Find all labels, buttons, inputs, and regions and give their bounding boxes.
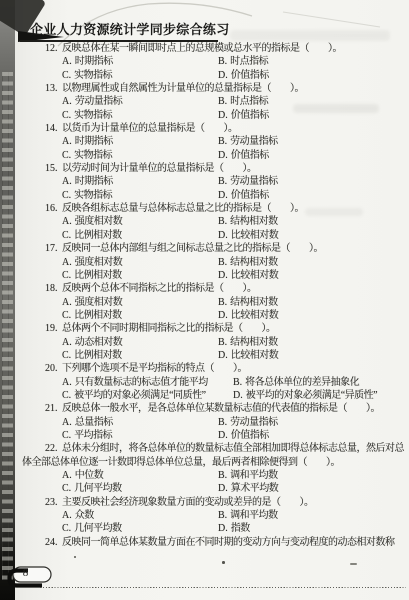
option: D.价值指标: [218, 109, 269, 123]
option-row: C.被平均的对象必须满足“同质性”D.被平均的对象必须满足“异质性”: [0, 389, 409, 402]
question-stem-line: 24.反映同一简单总体某数量方面在不同时期的变动方向与变动程度的动态相对数称: [0, 536, 409, 549]
question-stem-line: 15.以劳动时间为计量单位的总量指标是（ ）。: [0, 162, 409, 175]
option-label: C.: [62, 70, 71, 81]
option: B.时点指标: [218, 95, 268, 109]
option-row: A.强度相对数B.结构相对数: [0, 256, 409, 269]
option-label: B.: [218, 56, 227, 67]
question-text: 反映两个总体不同指标之比的指标是（ ）。: [62, 283, 257, 294]
option: D.价值指标: [218, 149, 269, 163]
option-text: 时期指标: [75, 176, 113, 187]
question-text: 反映同一总体内部组与组之间标志总量之比的指标是（ ）。: [62, 243, 323, 254]
option: D.比较相对数: [218, 349, 278, 363]
option: D.价值指标: [218, 69, 269, 83]
option-text: 几何平均数: [74, 483, 122, 494]
option-label: D.: [218, 70, 228, 81]
option: D.算术平均数: [218, 482, 278, 496]
question-stem-line: 12.反映总体在某一瞬间即时点上的总规模或总水平的指标是（ ）。: [0, 42, 409, 55]
option-text: 强度相对数: [75, 257, 123, 268]
option-text: 比较相对数: [231, 230, 279, 241]
question-text: 以货币为计量单位的总量指标是（ ）。: [62, 123, 238, 134]
question-number: 15.: [45, 162, 62, 176]
option-label: B.: [218, 510, 227, 521]
option-text: 强度相对数: [75, 297, 123, 308]
scan-speck: [350, 563, 357, 565]
option-text: 结构相对数: [230, 297, 278, 308]
scan-speck: [74, 556, 76, 558]
question-text: 反映同一简单总体某数量方面在不同时期的变动方向与变动程度的动态相对数称: [62, 537, 395, 548]
question-number: 14.: [45, 122, 62, 136]
question-number: 13.: [45, 82, 62, 96]
option: C.比例相对数: [62, 270, 122, 281]
question-number: 12.: [45, 42, 62, 56]
option-label: C.: [62, 390, 71, 401]
option-label: C.: [62, 190, 71, 201]
option-label: C.: [62, 483, 71, 494]
question-text: 反映总体在某一瞬间即时点上的总规模或总水平的指标是（ ）。: [62, 43, 342, 54]
option: D.比较相对数: [218, 229, 278, 243]
option: C.实物指标: [62, 150, 112, 161]
option: D.比较相对数: [218, 269, 278, 283]
question-item: 15.以劳动时间为计量单位的总量指标是（ ）。A.时期指标B.劳动量指标C.实物…: [0, 162, 409, 202]
option-row: A.众数B.调和平均数: [0, 509, 409, 522]
option: B.劳动量指标: [218, 135, 278, 149]
question-number: 20.: [45, 362, 62, 376]
question-text: 以劳动时间为计量单位的总量指标是（ ）。: [62, 163, 257, 174]
question-item: 14.以货币为计量单位的总量指标是（ ）。A.时期指标B.劳动量指标C.实物指标…: [0, 122, 409, 162]
page-title: 企业人力资源统计学同步综合练习: [30, 19, 230, 38]
option-row: C.平均指标D.价值指标: [0, 429, 409, 442]
option-label: C.: [62, 150, 71, 161]
option: B.调和平均数: [218, 469, 278, 483]
option-label: D.: [218, 230, 228, 241]
option-label: A.: [62, 417, 72, 428]
question-list: 12.反映总体在某一瞬间即时点上的总规模或总水平的指标是（ ）。A.时期指标B.…: [0, 42, 409, 549]
question-stem-line: 13.以物理属性或自然属性为计量单位的总量指标是（ ）。: [0, 82, 409, 95]
option: C.被平均的对象必须满足“同质性”: [62, 390, 206, 401]
option-label: D.: [218, 310, 228, 321]
option-row: C.实物指标D.价值指标: [0, 109, 409, 122]
option-label: C.: [62, 523, 71, 534]
option: C.实物指标: [62, 190, 112, 201]
question-item: 23.主要反映社会经济现象数量方面的变动或差异的是（ ）。A.众数B.调和平均数…: [0, 496, 409, 536]
option-row: A.劳动量指标B.时点指标: [0, 95, 409, 108]
option-text: 劳动量指标: [230, 176, 278, 187]
option: B.结构相对数: [218, 256, 278, 270]
option-label: B.: [218, 337, 227, 348]
option-text: 指数: [231, 523, 250, 534]
question-item: 22.总体未分组时，将各总体单位的数量标志值全部相加即得总体标志总量，然后对总体…: [0, 442, 409, 495]
option-text: 比例相对数: [74, 350, 122, 361]
option-row: C.比例相对数D.比较相对数: [0, 309, 409, 322]
option: D.比较相对数: [218, 309, 278, 323]
question-stem-line: 16.反映各组标志总量与总体标志总量之比的指标是（ ）。: [0, 202, 409, 215]
question-stem-line: 21.反映总体一般水平，是各总体单位某数量标志值的代表值的指标是（ ）。: [0, 402, 409, 415]
option-text: 比较相对数: [231, 310, 279, 321]
option-text: 实物指标: [74, 190, 112, 201]
option-label: A.: [62, 257, 72, 268]
question-item: 17.反映同一总体内部组与组之间标志总量之比的指标是（ ）。A.强度相对数B.结…: [0, 242, 409, 282]
question-number: 22.: [45, 442, 62, 456]
option-text: 时期指标: [75, 56, 113, 67]
option: D.指数: [218, 522, 250, 536]
option-label: B.: [218, 257, 227, 268]
question-number: 18.: [45, 282, 62, 296]
option-label: D.: [218, 430, 228, 441]
option-text: 时点指标: [230, 56, 268, 67]
option-label: B.: [218, 417, 227, 428]
option-label: B.: [218, 136, 227, 147]
option-row: C.几何平均数D.算术平均数: [0, 482, 409, 495]
option: B.结构相对数: [218, 296, 278, 310]
option-label: A.: [62, 470, 72, 481]
option-text: 被平均的对象必须满足“异质性”: [246, 390, 377, 401]
option: B.时点指标: [218, 55, 268, 69]
option-row: C.实物指标D.价值指标: [0, 149, 409, 162]
option-row: C.实物指标D.价值指标: [0, 69, 409, 82]
option-row: C.几何平均数D.指数: [0, 522, 409, 535]
question-item: 16.反映各组标志总量与总体标志总量之比的指标是（ ）。A.强度相对数B.结构相…: [0, 202, 409, 242]
option-label: D.: [218, 270, 228, 281]
question-text: 总体未分组时，将各总体单位的数量标志值全部相加即得总体标志总量，然后对总: [62, 443, 404, 454]
option-text: 比例相对数: [74, 310, 122, 321]
option: B.结构相对数: [218, 215, 278, 229]
question-item: 21.反映总体一般水平，是各总体单位某数量标志值的代表值的指标是（ ）。A.总量…: [0, 402, 409, 442]
question-stem-line: 体全部总体单位逐一计数即得总体单位总量，最后两者相除便得到（ ）。: [0, 456, 409, 469]
option-label: D.: [218, 110, 228, 121]
option-label: D.: [218, 483, 228, 494]
question-stem-line: 23.主要反映社会经济现象数量方面的变动或差异的是（ ）。: [0, 496, 409, 509]
option-label: C.: [62, 430, 71, 441]
question-text: 反映总体一般水平，是各总体单位某数量标志值的代表值的指标是（ ）。: [62, 403, 380, 414]
option-text: 实物指标: [74, 110, 112, 121]
question-number: 16.: [45, 202, 62, 216]
page-number-bracket: [5, 563, 67, 595]
option-label: C.: [62, 270, 71, 281]
option-row: C.比例相对数D.比较相对数: [0, 349, 409, 362]
option: C.平均指标: [62, 430, 112, 441]
option-row: A.时期指标B.劳动量指标: [0, 175, 409, 188]
option-row: A.强度相对数B.结构相对数: [0, 296, 409, 309]
option-label: A.: [62, 216, 72, 227]
option-text: 几何平均数: [74, 523, 122, 534]
question-item: 13.以物理属性或自然属性为计量单位的总量指标是（ ）。A.劳动量指标B.时点指…: [0, 82, 409, 122]
scan-speck: [222, 561, 225, 564]
option: C.比例相对数: [62, 230, 122, 241]
option-label: A.: [62, 337, 72, 348]
option-text: 平均指标: [74, 430, 112, 441]
question-stem-line: 14.以货币为计量单位的总量指标是（ ）。: [0, 122, 409, 135]
option-text: 比较相对数: [231, 270, 279, 281]
option: C.几何平均数: [62, 483, 122, 494]
option-text: 总量指标: [75, 417, 113, 428]
option-text: 众数: [75, 510, 94, 521]
option-text: 劳动量指标: [230, 136, 278, 147]
option-text: 被平均的对象必须满足“同质性”: [74, 390, 205, 401]
option: C.比例相对数: [62, 350, 122, 361]
question-stem-line: 17.反映同一总体内部组与组之间标志总量之比的指标是（ ）。: [0, 242, 409, 255]
option-label: C.: [62, 110, 71, 121]
option-row: C.实物指标D.价值指标: [0, 189, 409, 202]
option-text: 劳动量指标: [75, 96, 123, 107]
option-text: 调和平均数: [230, 470, 278, 481]
question-item: 20.下列哪个选项不是平均指标的特点（ ）。A.只有数量标志的标志值才能平均B.…: [0, 362, 409, 402]
option-label: B.: [233, 377, 242, 388]
option-text: 调和平均数: [230, 510, 278, 521]
question-number: 21.: [45, 402, 62, 416]
option-text: 价值指标: [231, 110, 269, 121]
option-text: 实物指标: [74, 70, 112, 81]
option-label: A.: [62, 96, 72, 107]
option-label: A.: [62, 136, 72, 147]
option: B.调和平均数: [218, 509, 278, 523]
option-label: A.: [62, 56, 72, 67]
option: D.价值指标: [218, 429, 269, 443]
option-text: 时期指标: [75, 136, 113, 147]
question-stem-line: 20.下列哪个选项不是平均指标的特点（ ）。: [0, 362, 409, 375]
question-number: 17.: [45, 242, 62, 256]
option: C.实物指标: [62, 110, 112, 121]
question-number: 23.: [45, 496, 62, 510]
option-row: A.时期指标B.劳动量指标: [0, 135, 409, 148]
option-label: A.: [62, 377, 72, 388]
question-text: 体全部总体单位逐一计数即得总体单位总量，最后两者相除便得到（ ）。: [22, 457, 340, 468]
option-text: 实物指标: [74, 150, 112, 161]
question-item: 19.总体两个不同时期相同指标之比的指标是（ ）。A.动态相对数B.结构相对数C…: [0, 322, 409, 362]
option-label: B.: [218, 176, 227, 187]
option: B.结构相对数: [218, 336, 278, 350]
footer-dotted-rule: [40, 587, 406, 589]
option: D.价值指标: [218, 189, 269, 203]
option-text: 时点指标: [230, 96, 268, 107]
option-label: C.: [62, 230, 71, 241]
scan-ghost-smudge: [230, 30, 390, 41]
option-row: C.比例相对数D.比较相对数: [0, 229, 409, 242]
option-label: D.: [218, 350, 228, 361]
option-text: 价值指标: [231, 150, 269, 161]
option-row: A.总量指标B.劳动量指标: [0, 416, 409, 429]
page-number: 8: [18, 567, 33, 579]
option-text: 比较相对数: [231, 350, 279, 361]
option: A.时期指标: [62, 136, 113, 147]
option-text: 价值指标: [231, 430, 269, 441]
question-item: 24.反映同一简单总体某数量方面在不同时期的变动方向与变动程度的动态相对数称: [0, 536, 409, 549]
question-text: 主要反映社会经济现象数量方面的变动或差异的是（ ）。: [62, 497, 314, 508]
option-row: C.比例相对数D.比较相对数: [0, 269, 409, 282]
option: A.时期指标: [62, 56, 113, 67]
question-stem-line: 19.总体两个不同时期相同指标之比的指标是（ ）。: [0, 322, 409, 335]
option: A.强度相对数: [62, 257, 122, 268]
option: A.强度相对数: [62, 216, 122, 227]
option-text: 结构相对数: [230, 337, 278, 348]
option-label: A.: [62, 510, 72, 521]
option: A.总量指标: [62, 417, 113, 428]
option-label: D.: [233, 390, 243, 401]
option-label: B.: [218, 96, 227, 107]
option: C.比例相对数: [62, 310, 122, 321]
option: A.劳动量指标: [62, 96, 122, 107]
option-text: 结构相对数: [230, 257, 278, 268]
option-label: C.: [62, 350, 71, 361]
option: A.时期指标: [62, 176, 113, 187]
option: A.只有数量标志的标志值才能平均: [62, 377, 208, 388]
option-label: B.: [218, 216, 227, 227]
option-label: C.: [62, 310, 71, 321]
question-number: 24.: [45, 536, 62, 550]
question-stem-line: 22.总体未分组时，将各总体单位的数量标志值全部相加即得总体标志总量，然后对总: [0, 442, 409, 455]
option-label: A.: [62, 297, 72, 308]
option: D.被平均的对象必须满足“异质性”: [233, 389, 377, 403]
option-text: 结构相对数: [230, 216, 278, 227]
option-text: 比例相对数: [74, 230, 122, 241]
option-row: A.时期指标B.时点指标: [0, 55, 409, 68]
option-row: A.中位数B.调和平均数: [0, 469, 409, 482]
option-text: 价值指标: [231, 190, 269, 201]
option: A.众数: [62, 510, 94, 521]
scanned-page: 企业人力资源统计学同步综合练习 12.反映总体在某一瞬间即时点上的总规模或总水平…: [0, 0, 409, 600]
option: A.动态相对数: [62, 337, 122, 348]
option-text: 算术平均数: [231, 483, 279, 494]
question-text: 总体两个不同时期相同指标之比的指标是（ ）。: [62, 323, 276, 334]
option-text: 强度相对数: [75, 216, 123, 227]
option: B.劳动量指标: [218, 175, 278, 189]
question-number: 19.: [45, 322, 62, 336]
option-row: A.只有数量标志的标志值才能平均B.将各总体单位的差异抽象化: [0, 376, 409, 389]
question-item: 12.反映总体在某一瞬间即时点上的总规模或总水平的指标是（ ）。A.时期指标B.…: [0, 42, 409, 82]
option-text: 动态相对数: [75, 337, 123, 348]
option-text: 劳动量指标: [230, 417, 278, 428]
option-label: D.: [218, 150, 228, 161]
option: C.几何平均数: [62, 523, 122, 534]
option-label: D.: [218, 523, 228, 534]
option-label: B.: [218, 470, 227, 481]
option-label: B.: [218, 297, 227, 308]
option-label: A.: [62, 176, 72, 187]
option-text: 只有数量标志的标志值才能平均: [75, 377, 208, 388]
option: B.劳动量指标: [218, 416, 278, 430]
option-row: A.动态相对数B.结构相对数: [0, 336, 409, 349]
option: A.中位数: [62, 470, 103, 481]
option-text: 将各总体单位的差异抽象化: [245, 377, 359, 388]
option: C.实物指标: [62, 70, 112, 81]
question-stem-line: 18.反映两个总体不同指标之比的指标是（ ）。: [0, 282, 409, 295]
option-text: 比例相对数: [74, 270, 122, 281]
question-text: 以物理属性或自然属性为计量单位的总量指标是（ ）。: [62, 83, 304, 94]
option-text: 价值指标: [231, 70, 269, 81]
option: B.将各总体单位的差异抽象化: [233, 376, 359, 390]
question-text: 下列哪个选项不是平均指标的特点（ ）。: [62, 363, 247, 374]
question-text: 反映各组标志总量与总体标志总量之比的指标是（ ）。: [62, 203, 304, 214]
option-label: D.: [218, 190, 228, 201]
option-text: 中位数: [75, 470, 104, 481]
question-item: 18.反映两个总体不同指标之比的指标是（ ）。A.强度相对数B.结构相对数C.比…: [0, 282, 409, 322]
option-row: A.强度相对数B.结构相对数: [0, 215, 409, 228]
option: A.强度相对数: [62, 297, 122, 308]
